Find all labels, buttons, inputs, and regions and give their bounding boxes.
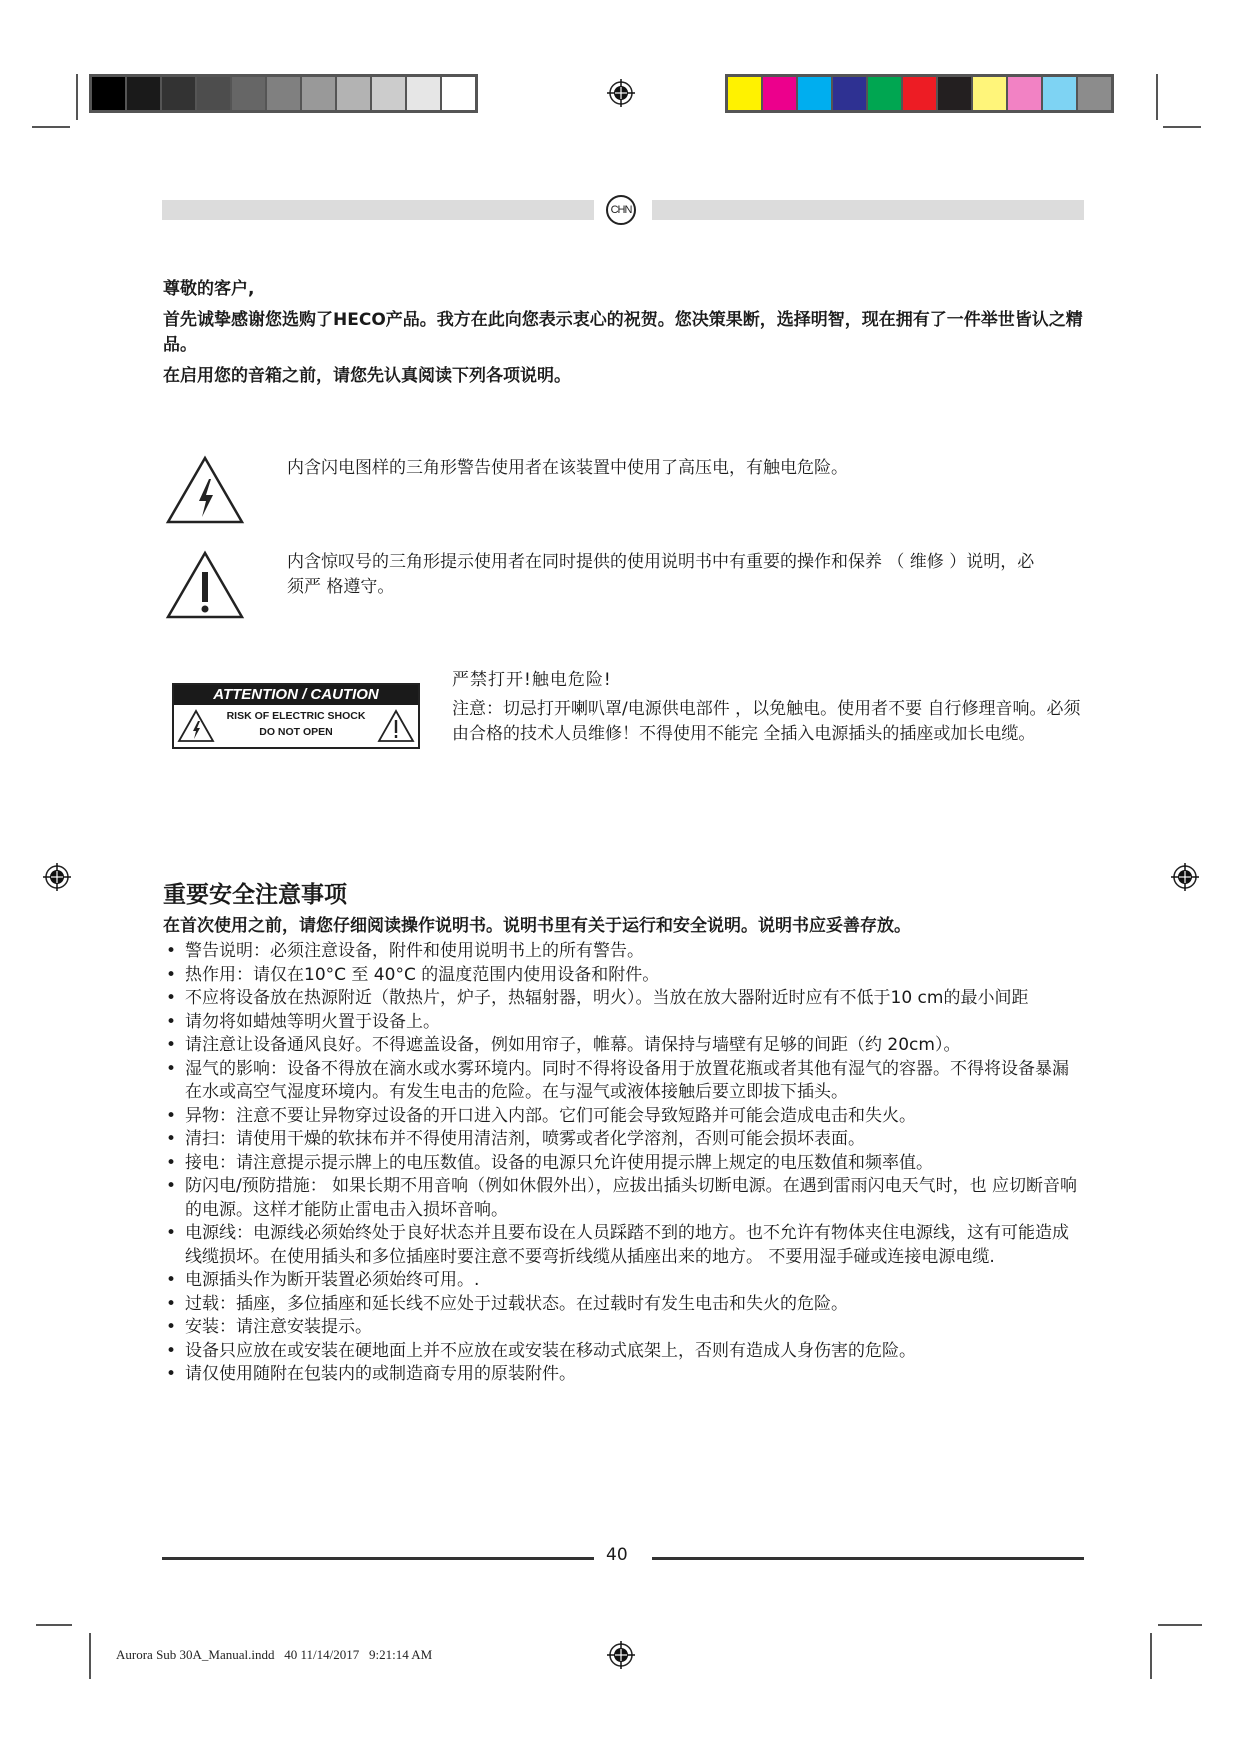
crop-mark-bottom-right-horizontal (1158, 1624, 1202, 1626)
safety-section-title: 重要安全注意事项 (163, 876, 347, 909)
list-item: 清扫：请使用干燥的软抹布并不得使用清洁剂，喷雾或者化学溶剂，否则可能会损坏表面。 (163, 1128, 1083, 1152)
caution-label: ATTENTION / CAUTION RISK OF ELECTRIC SHO… (172, 683, 420, 749)
header-band-right (652, 200, 1084, 220)
color-swatch (938, 77, 971, 110)
list-item: 请仅使用随附在包装内的或制造商专用的原装附件。 (163, 1363, 1083, 1387)
color-swatch (833, 77, 866, 110)
caution-title: 严禁打开!触电危险! (452, 668, 1092, 693)
caution-label-body: RISK OF ELECTRIC SHOCK DO NOT OPEN (174, 705, 418, 747)
registration-mark-icon (42, 862, 72, 892)
color-swatch (1078, 77, 1111, 110)
safety-list: 警告说明：必须注意设备，附件和使用说明书上的所有警告。 热作用：请仅在10°C … (163, 940, 1083, 1387)
color-calibration-bar (725, 74, 1114, 113)
exclamation-triangle-icon (377, 709, 415, 743)
page-number: 40 (606, 1545, 628, 1565)
caution-body: 注意：切忌打开喇叭罩/电源供电部件 ，以免触电。使用者不要 自行修理音响。必须由… (452, 697, 1092, 747)
crop-mark-top-right-vertical (1156, 74, 1158, 120)
list-item: 设备只应放在或安装在硬地面上并不应放在或安装在移动式底架上，否则有造成人身伤害的… (163, 1340, 1083, 1364)
color-swatch (302, 77, 335, 110)
grayscale-calibration-bar (89, 74, 478, 113)
warning-row-exclamation: 内含惊叹号的三角形提示使用者在同时提供的使用说明书中有重要的操作和保养 （ 维修… (165, 550, 1047, 600)
crop-mark-bottom-left-vertical (89, 1633, 91, 1679)
color-swatch (442, 77, 475, 110)
color-swatch (162, 77, 195, 110)
color-swatch (407, 77, 440, 110)
greeting: 尊敬的客户, (163, 277, 1093, 302)
list-item: 安装：请注意安装提示。 (163, 1316, 1083, 1340)
color-swatch (1008, 77, 1041, 110)
intro-section: 尊敬的客户, 首先诚挚感谢您选购了HECO产品。我方在此向您表示衷心的祝贺。您决… (163, 277, 1093, 389)
read-first-paragraph: 在启用您的音箱之前，请您先认真阅读下列各项说明。 (163, 364, 1093, 389)
registration-mark-icon (606, 78, 636, 108)
list-item: 不应将设备放在热源附近（散热片，炉子，热辐射器，明火）。当放在放大器附近时应有不… (163, 987, 1083, 1011)
list-item: 热作用：请仅在10°C 至 40°C 的温度范围内使用设备和附件。 (163, 964, 1083, 988)
color-swatch (728, 77, 761, 110)
caution-label-heading: ATTENTION / CAUTION (174, 685, 418, 705)
lightning-triangle-icon (177, 709, 215, 743)
list-item: 电源插头作为断开装置必须始终可用。. (163, 1269, 1083, 1293)
list-item: 请注意让设备通风良好。不得遮盖设备，例如用帘子，帷幕。请保持与墙壁有足够的间距（… (163, 1034, 1083, 1058)
print-slug: Aurora Sub 30A_Manual.indd 40 11/14/2017… (116, 1647, 432, 1663)
crop-mark-bottom-left-horizontal (36, 1624, 72, 1626)
color-swatch (92, 77, 125, 110)
color-swatch (1043, 77, 1076, 110)
color-swatch (973, 77, 1006, 110)
color-swatch (127, 77, 160, 110)
color-swatch (868, 77, 901, 110)
crop-mark-bottom-right-vertical (1150, 1633, 1152, 1679)
list-item: 防闪电/预防措施： 如果长期不用音响（例如休假外出），应拔出插头切断电源。在遇到… (163, 1175, 1083, 1222)
warning-row-lightning: 内含闪电图样的三角形警告使用者在该装置中使用了高压电，有触电危险。 (165, 456, 1047, 481)
language-badge-label: CHN (606, 195, 636, 225)
list-item: 警告说明：必须注意设备，附件和使用说明书上的所有警告。 (163, 940, 1083, 964)
registration-mark-icon (1170, 862, 1200, 892)
crop-mark-top-left-horizontal (32, 126, 70, 128)
color-swatch (763, 77, 796, 110)
list-item: 过载：插座，多位插座和延长线不应处于过载状态。在过载时有发生电击和失火的危险。 (163, 1293, 1083, 1317)
list-item: 接电：请注意提示提示牌上的电压数值。设备的电源只允许使用提示牌上规定的电压数值和… (163, 1152, 1083, 1176)
crop-mark-top-right-horizontal (1163, 126, 1201, 128)
color-swatch (372, 77, 405, 110)
color-swatch (903, 77, 936, 110)
color-swatch (197, 77, 230, 110)
list-item: 湿气的影响：设备不得放在滴水或水雾环境内。同时不得将设备用于放置花瓶或者其他有湿… (163, 1058, 1083, 1105)
warning-text-lightning: 内含闪电图样的三角形警告使用者在该装置中使用了高压电，有触电危险。 (287, 456, 1047, 481)
list-item: 电源线：电源线必须始终处于良好状态并且要布设在人员踩踏不到的地方。也不允许有物体… (163, 1222, 1083, 1269)
warning-text-exclamation: 内含惊叹号的三角形提示使用者在同时提供的使用说明书中有重要的操作和保养 （ 维修… (287, 550, 1047, 600)
color-swatch (267, 77, 300, 110)
color-swatch (798, 77, 831, 110)
caution-text: 严禁打开!触电危险! 注意：切忌打开喇叭罩/电源供电部件 ，以免触电。使用者不要… (452, 668, 1092, 747)
footer-rule-left (162, 1557, 594, 1560)
language-badge: CHN (601, 195, 641, 225)
list-item: 请勿将如蜡烛等明火置于设备上。 (163, 1011, 1083, 1035)
list-item: 异物：注意不要让异物穿过设备的开口进入内部。它们可能会导致短路并可能会造成电击和… (163, 1105, 1083, 1129)
header-band-left (162, 200, 594, 220)
color-swatch (337, 77, 370, 110)
color-swatch (232, 77, 265, 110)
thanks-paragraph: 首先诚挚感谢您选购了HECO产品。我方在此向您表示衷心的祝贺。您决策果断，选择明… (163, 308, 1093, 358)
safety-section-subtitle: 在首次使用之前，请您仔细阅读操作说明书。说明书里有关于运行和安全说明。说明书应妥… (163, 911, 911, 936)
footer-rule-right (652, 1557, 1084, 1560)
registration-mark-icon (606, 1640, 636, 1670)
crop-mark-top-left-vertical (76, 74, 78, 120)
